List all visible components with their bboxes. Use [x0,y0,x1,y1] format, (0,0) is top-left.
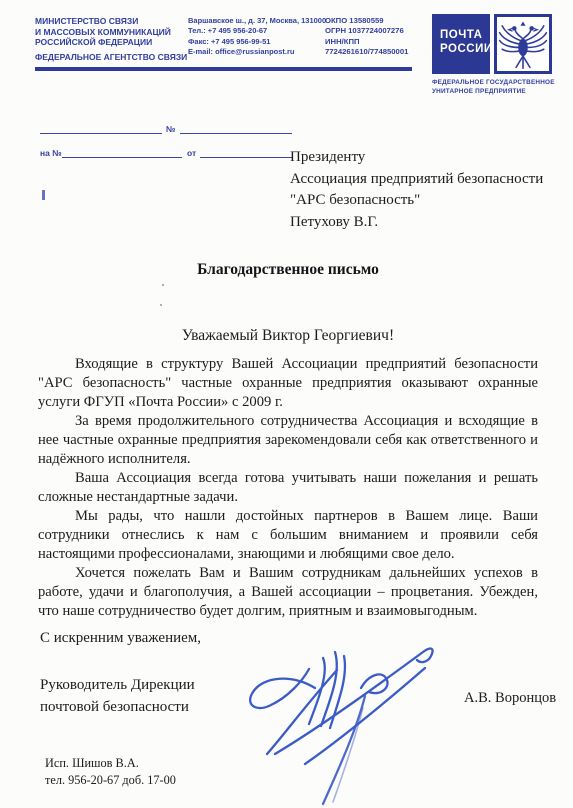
scan-cursor-artifact [42,190,45,200]
header-divider [35,67,412,71]
contact-email: E-mail: office@russianpost.ru [188,47,326,57]
body-paragraph: Хочется пожелать Вам и Вашим сотрудникам… [38,564,538,621]
ministry-line: РОССИЙСКОЙ ФЕДЕРАЦИИ [35,37,171,48]
registry-ogrn: ОГРН 1037724007276 [325,26,408,36]
ministry-line: МИНИСТЕРСТВО СВЯЗИ [35,16,171,27]
scan-dot-artifact [162,284,164,286]
logo-wordmark-line2: РОССИИ [440,43,490,57]
ref-na-label: на № [40,148,62,158]
registry-inn-kpp-value: 7724261610/774850001 [325,47,408,57]
header-registry-block: ОКПО 13580559 ОГРН 1037724007276 ИНН/КПП… [325,16,408,57]
executor-name: Исп. Шишов В.А. [45,755,176,772]
recipient-person: Петухову В.Г. [290,212,543,234]
ref-ot-label: от [187,148,196,158]
recipient-organization-name: "АРС безопасность" [290,190,543,212]
recipient-organization: Ассоциация предприятий безопасности [290,169,543,191]
ref-blank-outgoing-number [180,132,292,134]
recipient-position: Президенту [290,147,543,169]
logo-wordmark-line1: ПОЧТА [440,29,490,43]
header-ministry-block: МИНИСТЕРСТВО СВЯЗИ И МАССОВЫХ КОММУНИКАЦ… [35,16,171,48]
letter-body: Входящие в структуру Вашей Ассоциации пр… [38,355,538,621]
executor-block: Исп. Шишов В.А. тел. 956-20-67 доб. 17-0… [45,755,176,789]
recipient-block: Президенту Ассоциация предприятий безопа… [290,147,543,233]
body-paragraph: Ваша Ассоциация всегда готова учитывать … [38,469,538,507]
contact-phone: Тел.: +7 495 956-20-67 [188,26,326,36]
registry-okpo: ОКПО 13580559 [325,16,408,26]
signature-autograph [245,636,450,806]
ref-blank-outgoing-date [40,132,162,134]
logo-caption-line: УНИТАРНОЕ ПРЕДПРИЯТИЕ [432,88,555,97]
double-headed-eagle-icon [497,17,549,71]
russian-post-emblem-square [494,14,552,74]
registry-inn-kpp-label: ИНН/КПП [325,37,408,47]
scan-dot-artifact [160,304,162,306]
letter-page: МИНИСТЕРСТВО СВЯЗИ И МАССОВЫХ КОММУНИКАЦ… [0,0,573,808]
signer-title-line: Руководитель Дирекции [40,675,195,697]
agency-line: ФЕДЕРАЛЬНОЕ АГЕНТСТВО СВЯЗИ [35,52,187,62]
russian-post-logo-wordmark: ПОЧТА РОССИИ [432,14,490,74]
salutation: Уважаемый Виктор Георгиевич! [38,327,538,345]
header-contact-block: Варшавское ш., д. 37, Москва, 131000 Тел… [188,16,326,57]
executor-phone: тел. 956-20-67 доб. 17-00 [45,772,176,789]
contact-fax: Факс: +7 495 956-99-51 [188,37,326,47]
logo-caption-line: ФЕДЕРАЛЬНОЕ ГОСУДАРСТВЕННОЕ [432,79,555,88]
contact-address: Варшавское ш., д. 37, Москва, 131000 [188,16,326,26]
ref-blank-incoming-date [200,156,292,158]
body-paragraph: За время продолжительного сотрудничества… [38,412,538,469]
signer-title-line: почтовой безопасности [40,697,195,719]
signer-name: А.В. Воронцов [464,690,556,707]
letter-title: Благодарственное письмо [38,261,538,279]
ref-blank-incoming-number [62,156,182,158]
signer-title-block: Руководитель Дирекции почтовой безопасно… [40,675,195,718]
logo-caption: ФЕДЕРАЛЬНОЕ ГОСУДАРСТВЕННОЕ УНИТАРНОЕ ПР… [432,79,555,96]
body-paragraph: Мы рады, что нашли достойных партнеров в… [38,507,538,564]
closing-line: С искренним уважением, [40,630,201,647]
body-paragraph: Входящие в структуру Вашей Ассоциации пр… [38,355,538,412]
ministry-line: И МАССОВЫХ КОММУНИКАЦИЙ [35,27,171,38]
ref-no-label: № [166,124,175,134]
